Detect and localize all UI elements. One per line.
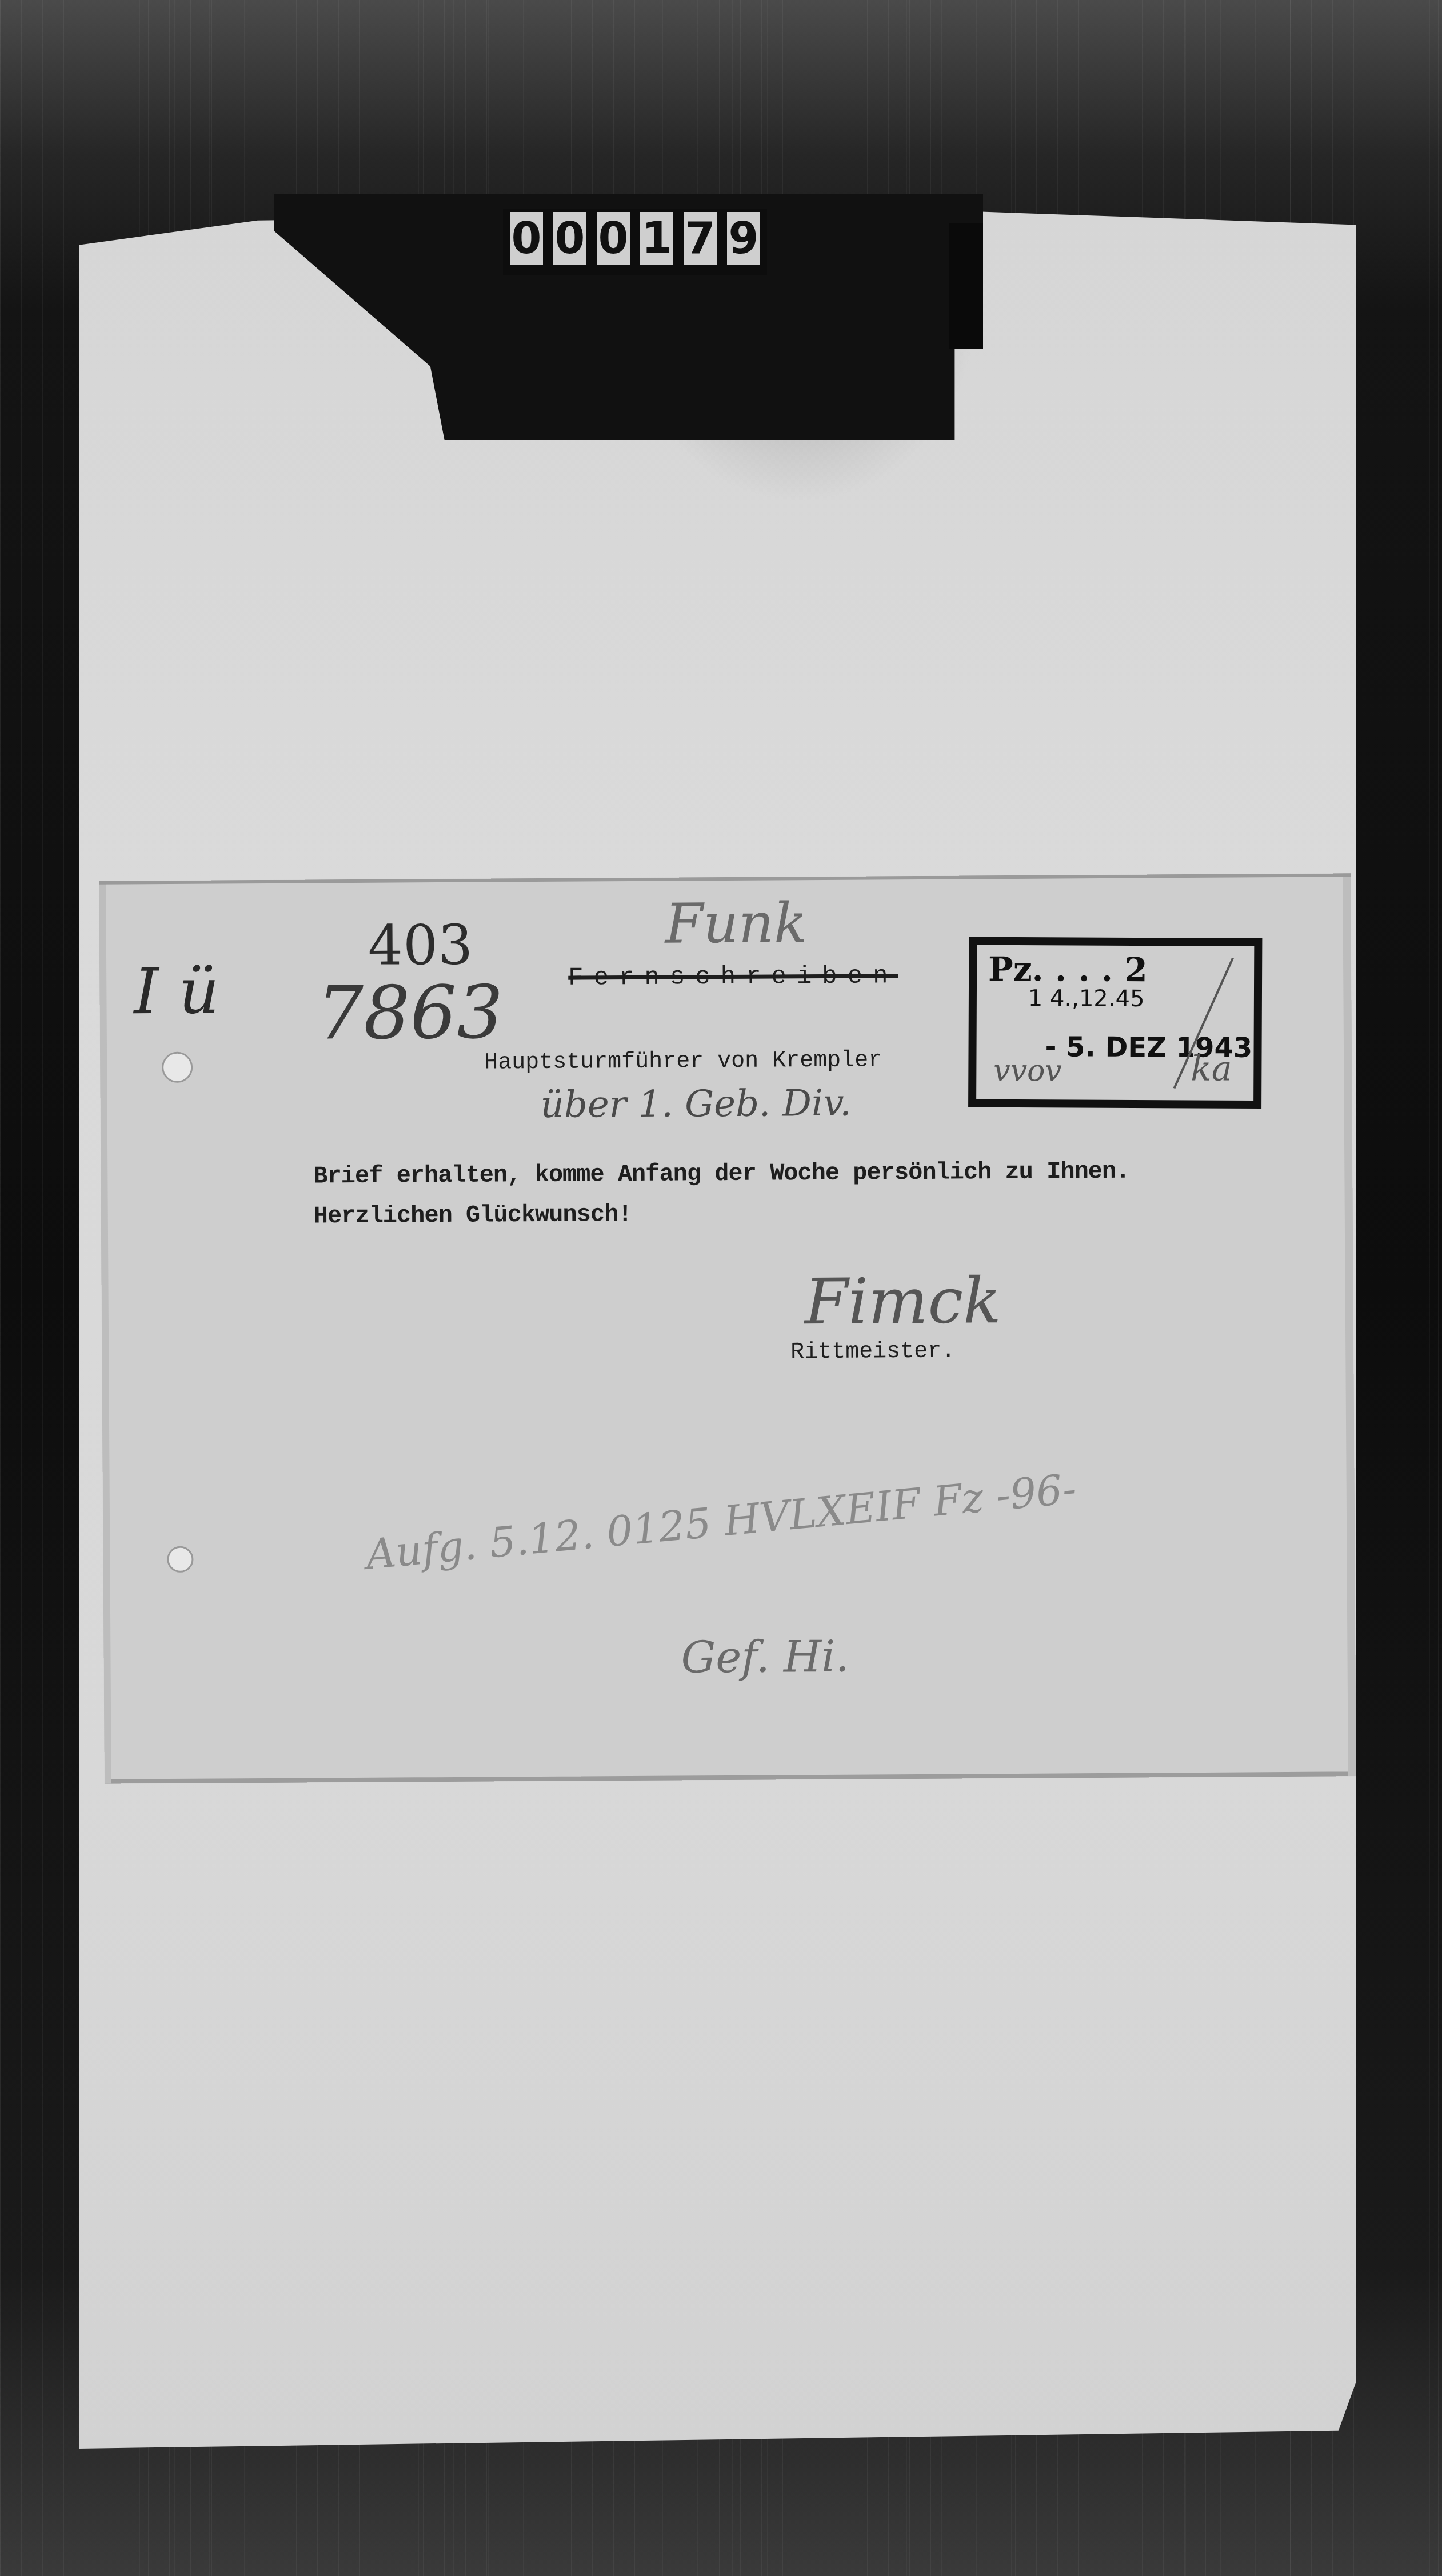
document-type-title: Fernschreiben <box>568 962 898 993</box>
recipient-route: über 1. Geb. Div. <box>540 1082 851 1126</box>
received-stamp: Pz. . . . 2 1 4.,12.45 - 5. DEZ 1943 vvo… <box>968 937 1262 1109</box>
frame-counter: 0 0 0 1 7 9 <box>503 209 767 275</box>
signer-rank: Rittmeister. <box>790 1339 955 1366</box>
message-line-1: Brief erhalten, komme Anfang der Woche p… <box>313 1158 1129 1190</box>
counter-digit: 0 <box>553 212 586 265</box>
transmission-initials: Gef. Hi. <box>681 1631 849 1683</box>
margin-mark: I ü <box>134 954 219 1028</box>
stamp-initials-right: ka <box>1191 1049 1232 1089</box>
counter-digit: 7 <box>684 212 717 265</box>
counter-knob <box>949 223 983 349</box>
file-number-upper: 403 <box>368 913 473 978</box>
counter-digit: 0 <box>510 212 543 265</box>
signature: Fimck <box>804 1264 1001 1338</box>
transmission-note: Aufg. 5.12. 0125 HVLXEIF Fz -96- <box>364 1465 1078 1579</box>
recipient-name: Hauptsturmführer von Krempler <box>484 1047 882 1075</box>
handwritten-funk: Funk <box>665 891 807 956</box>
punch-hole-icon <box>167 1546 193 1573</box>
stamp-unit: Pz. . . . 2 <box>988 950 1148 989</box>
counter-digit: 9 <box>727 212 760 265</box>
stamp-initials-left: vvov <box>993 1054 1062 1089</box>
message-line-2: Herzlichen Glückwunsch! <box>314 1201 632 1230</box>
file-number-lower: 7863 <box>317 970 504 1056</box>
punch-hole-icon <box>162 1052 193 1083</box>
counter-digit: 0 <box>597 212 630 265</box>
telegram-card: I ü 403 7863 Funk Fernschreiben Hauptstu… <box>99 873 1356 1783</box>
counter-digit: 1 <box>640 212 673 265</box>
stamp-number: 1 4.,12.45 <box>1028 985 1145 1012</box>
